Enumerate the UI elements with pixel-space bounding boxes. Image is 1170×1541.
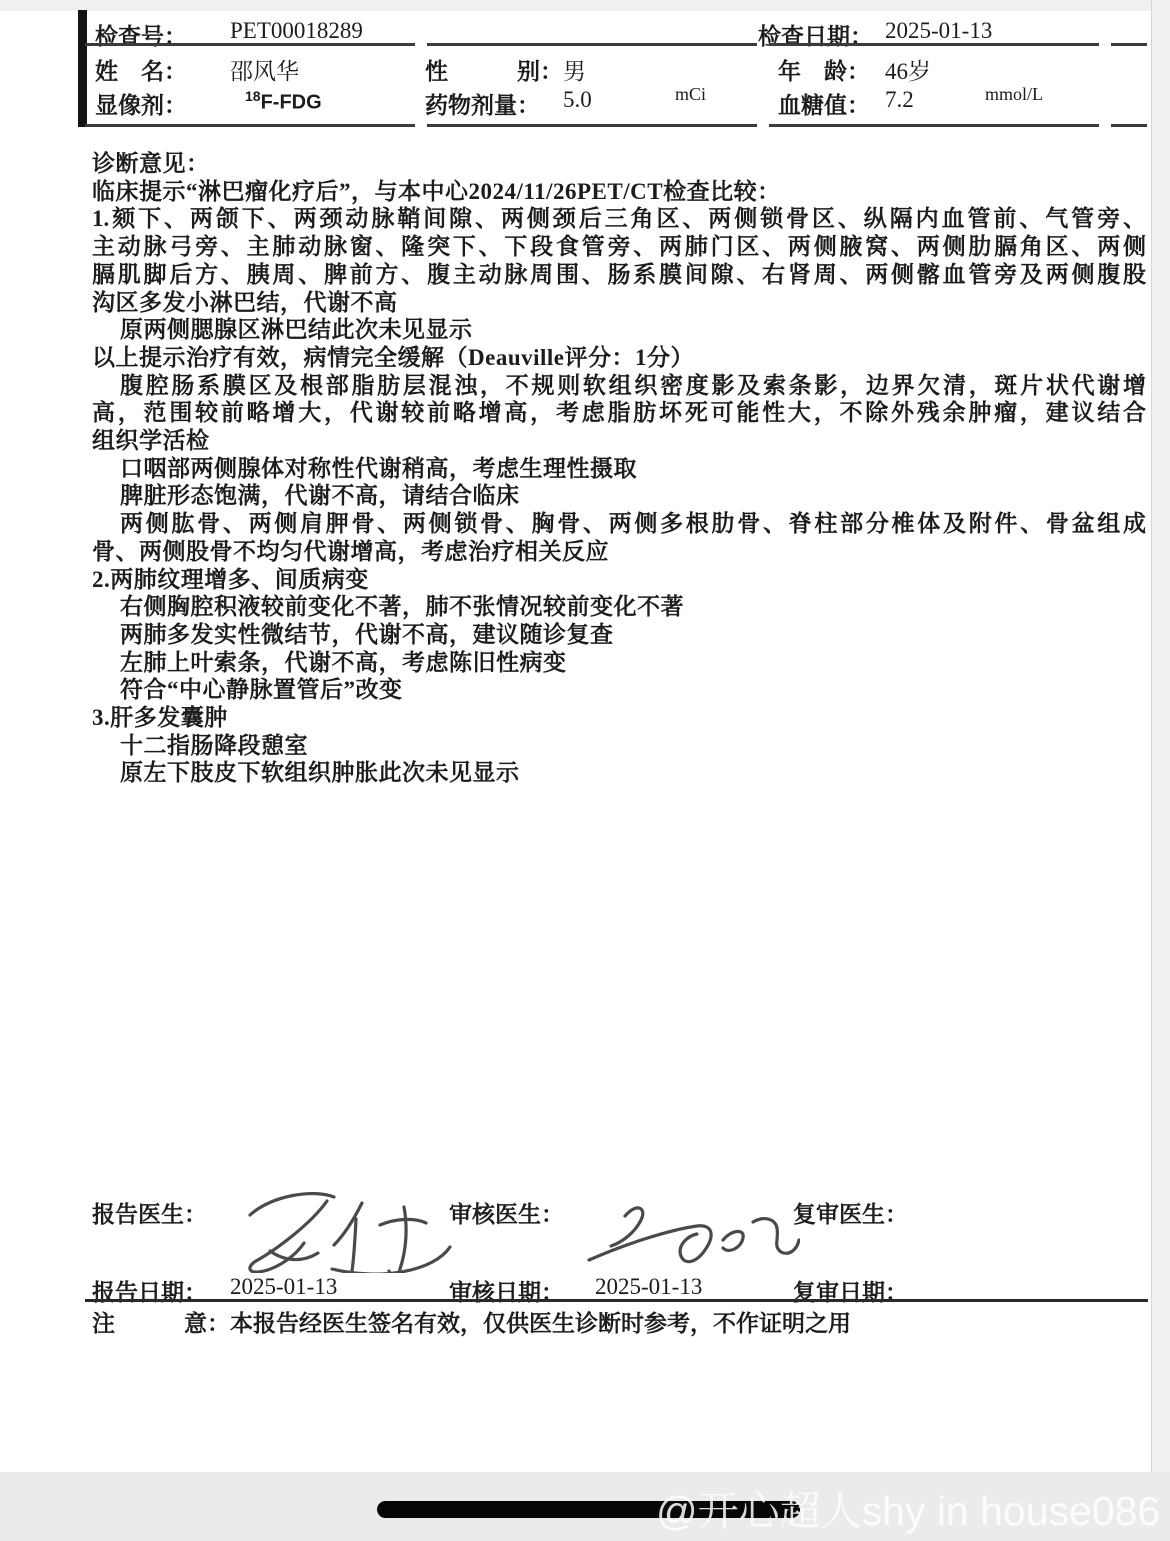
report-line: 两肺多发实性微结节，代谢不高，建议随诊复查 [92,621,1146,649]
header-divider-1 [85,43,1147,46]
report-line: 口咽部两侧腺体对称性代谢稍高，考虑生理性摄取 [92,455,1146,483]
reviewer-signature [585,1188,800,1276]
report-line: 组织学活检 [92,427,1146,455]
footer-divider [85,1299,1148,1302]
glucose-label: 血糖值： [778,87,870,120]
report-line: 以上提示治疗有效，病情完全缓解（Deauville评分：1分） [92,344,1146,372]
report-date-value: 2025-01-13 [230,1274,337,1300]
sex-value: 男 [563,53,586,86]
report-line: 沟区多发小淋巴结，代谢不高 [92,289,1146,317]
report-line: 腹腔肠系膜区及根部脂肪层混浊，不规则软组织密度影及索条影，边界欠清，斑片状代谢增 [92,372,1146,400]
watermark-text: @开心超人shy in house086 [656,1478,1160,1537]
report-line: 原左下肢皮下软组织肿胀此次未见显示 [92,759,1146,787]
right-edge-strip [1151,0,1170,1541]
report-line: 骨、两侧股骨不均匀代谢增高，考虑治疗相关反应 [92,538,1146,566]
age-value: 46岁 [885,53,931,86]
report-line: 2.两肺纹理增多、间质病变 [92,566,1146,594]
note-label: 注 意： [92,1305,230,1338]
report-line: 左肺上叶索条，代谢不高，考虑陈旧性病变 [92,649,1146,677]
note-text: 本报告经医生签名有效，仅供医生诊断时参考，不作证明之用 [230,1305,851,1338]
report-line: 3.肝多发囊肿 [92,704,1146,732]
report-date-label: 报告日期： [92,1274,207,1307]
review-date-label: 审核日期： [449,1274,564,1307]
report-body: 诊断意见：临床提示“淋巴瘤化疗后”，与本中心2024/11/26PET/CT检查… [92,150,1146,787]
report-line: 十二指肠降段憩室 [92,732,1146,760]
exam-date-value: 2025-01-13 [885,18,992,44]
report-line: 临床提示“淋巴瘤化疗后”，与本中心2024/11/26PET/CT检查比较： [92,178,1146,206]
glucose-unit: mmol/L [985,84,1043,105]
glucose-value: 7.2 [885,87,914,113]
recheck-label: 复审医生： [793,1196,908,1229]
report-line: 诊断意见： [92,150,1146,178]
review-date-value: 2025-01-13 [595,1274,702,1300]
top-edge-strip [0,0,1170,11]
header-divider-2 [85,124,1147,127]
tracer-label: 显像剂： [95,87,187,120]
reviewer-label: 审核医生： [449,1196,564,1229]
tracer-compound: F-FDG [261,92,322,114]
report-line: 脾脏形态饱满，代谢不高，请结合临床 [92,482,1146,510]
dose-unit: mCi [675,84,706,105]
dose-value: 5.0 [563,87,592,113]
name-label: 姓 名： [95,53,187,86]
header-left-black-bar [78,10,87,127]
report-line: 符合“中心静脉置管后”改变 [92,676,1146,704]
report-line: 1.颏下、两颌下、两颈动脉鞘间隙、两侧颈后三角区、两侧锁骨区、纵隔内血管前、气管… [92,205,1146,233]
report-line: 原两侧腮腺区淋巴结此次未见显示 [92,316,1146,344]
report-line: 膈肌脚后方、胰周、脾前方、腹主动脉周围、肠系膜间隙、右肾周、两侧髂血管旁及两侧腹… [92,261,1146,289]
report-line: 两侧肱骨、两侧肩胛骨、两侧锁骨、胸骨、两侧多根肋骨、脊柱部分椎体及附件、骨盆组成 [92,510,1146,538]
dose-label: 药物剂量： [425,87,540,120]
exam-no-value: PET00018289 [230,18,363,44]
report-line: 右侧胸腔积液较前变化不著，肺不张情况较前变化不著 [92,593,1146,621]
tracer-value: 18F-FDG [245,88,322,115]
tracer-isotope: 18 [245,88,261,104]
report-line: 高，范围较前略增大，代谢较前略增高，考虑脂肪坏死可能性大，不除外残余肿瘤，建议结… [92,399,1146,427]
name-value: 邵风华 [230,53,299,86]
exam-no-label: 检查号： [95,18,187,51]
reporter-signature [222,1185,452,1273]
exam-date-label: 检查日期： [758,18,873,51]
sex-label: 性 别： [425,53,563,86]
report-line: 主动脉弓旁、主肺动脉窗、隆突下、下段食管旁、两肺门区、两侧腋窝、两侧肋膈角区、两… [92,233,1146,261]
age-label: 年 龄： [778,53,870,86]
reporter-label: 报告医生： [92,1196,207,1229]
recheck-date-label: 复审日期： [793,1274,908,1307]
